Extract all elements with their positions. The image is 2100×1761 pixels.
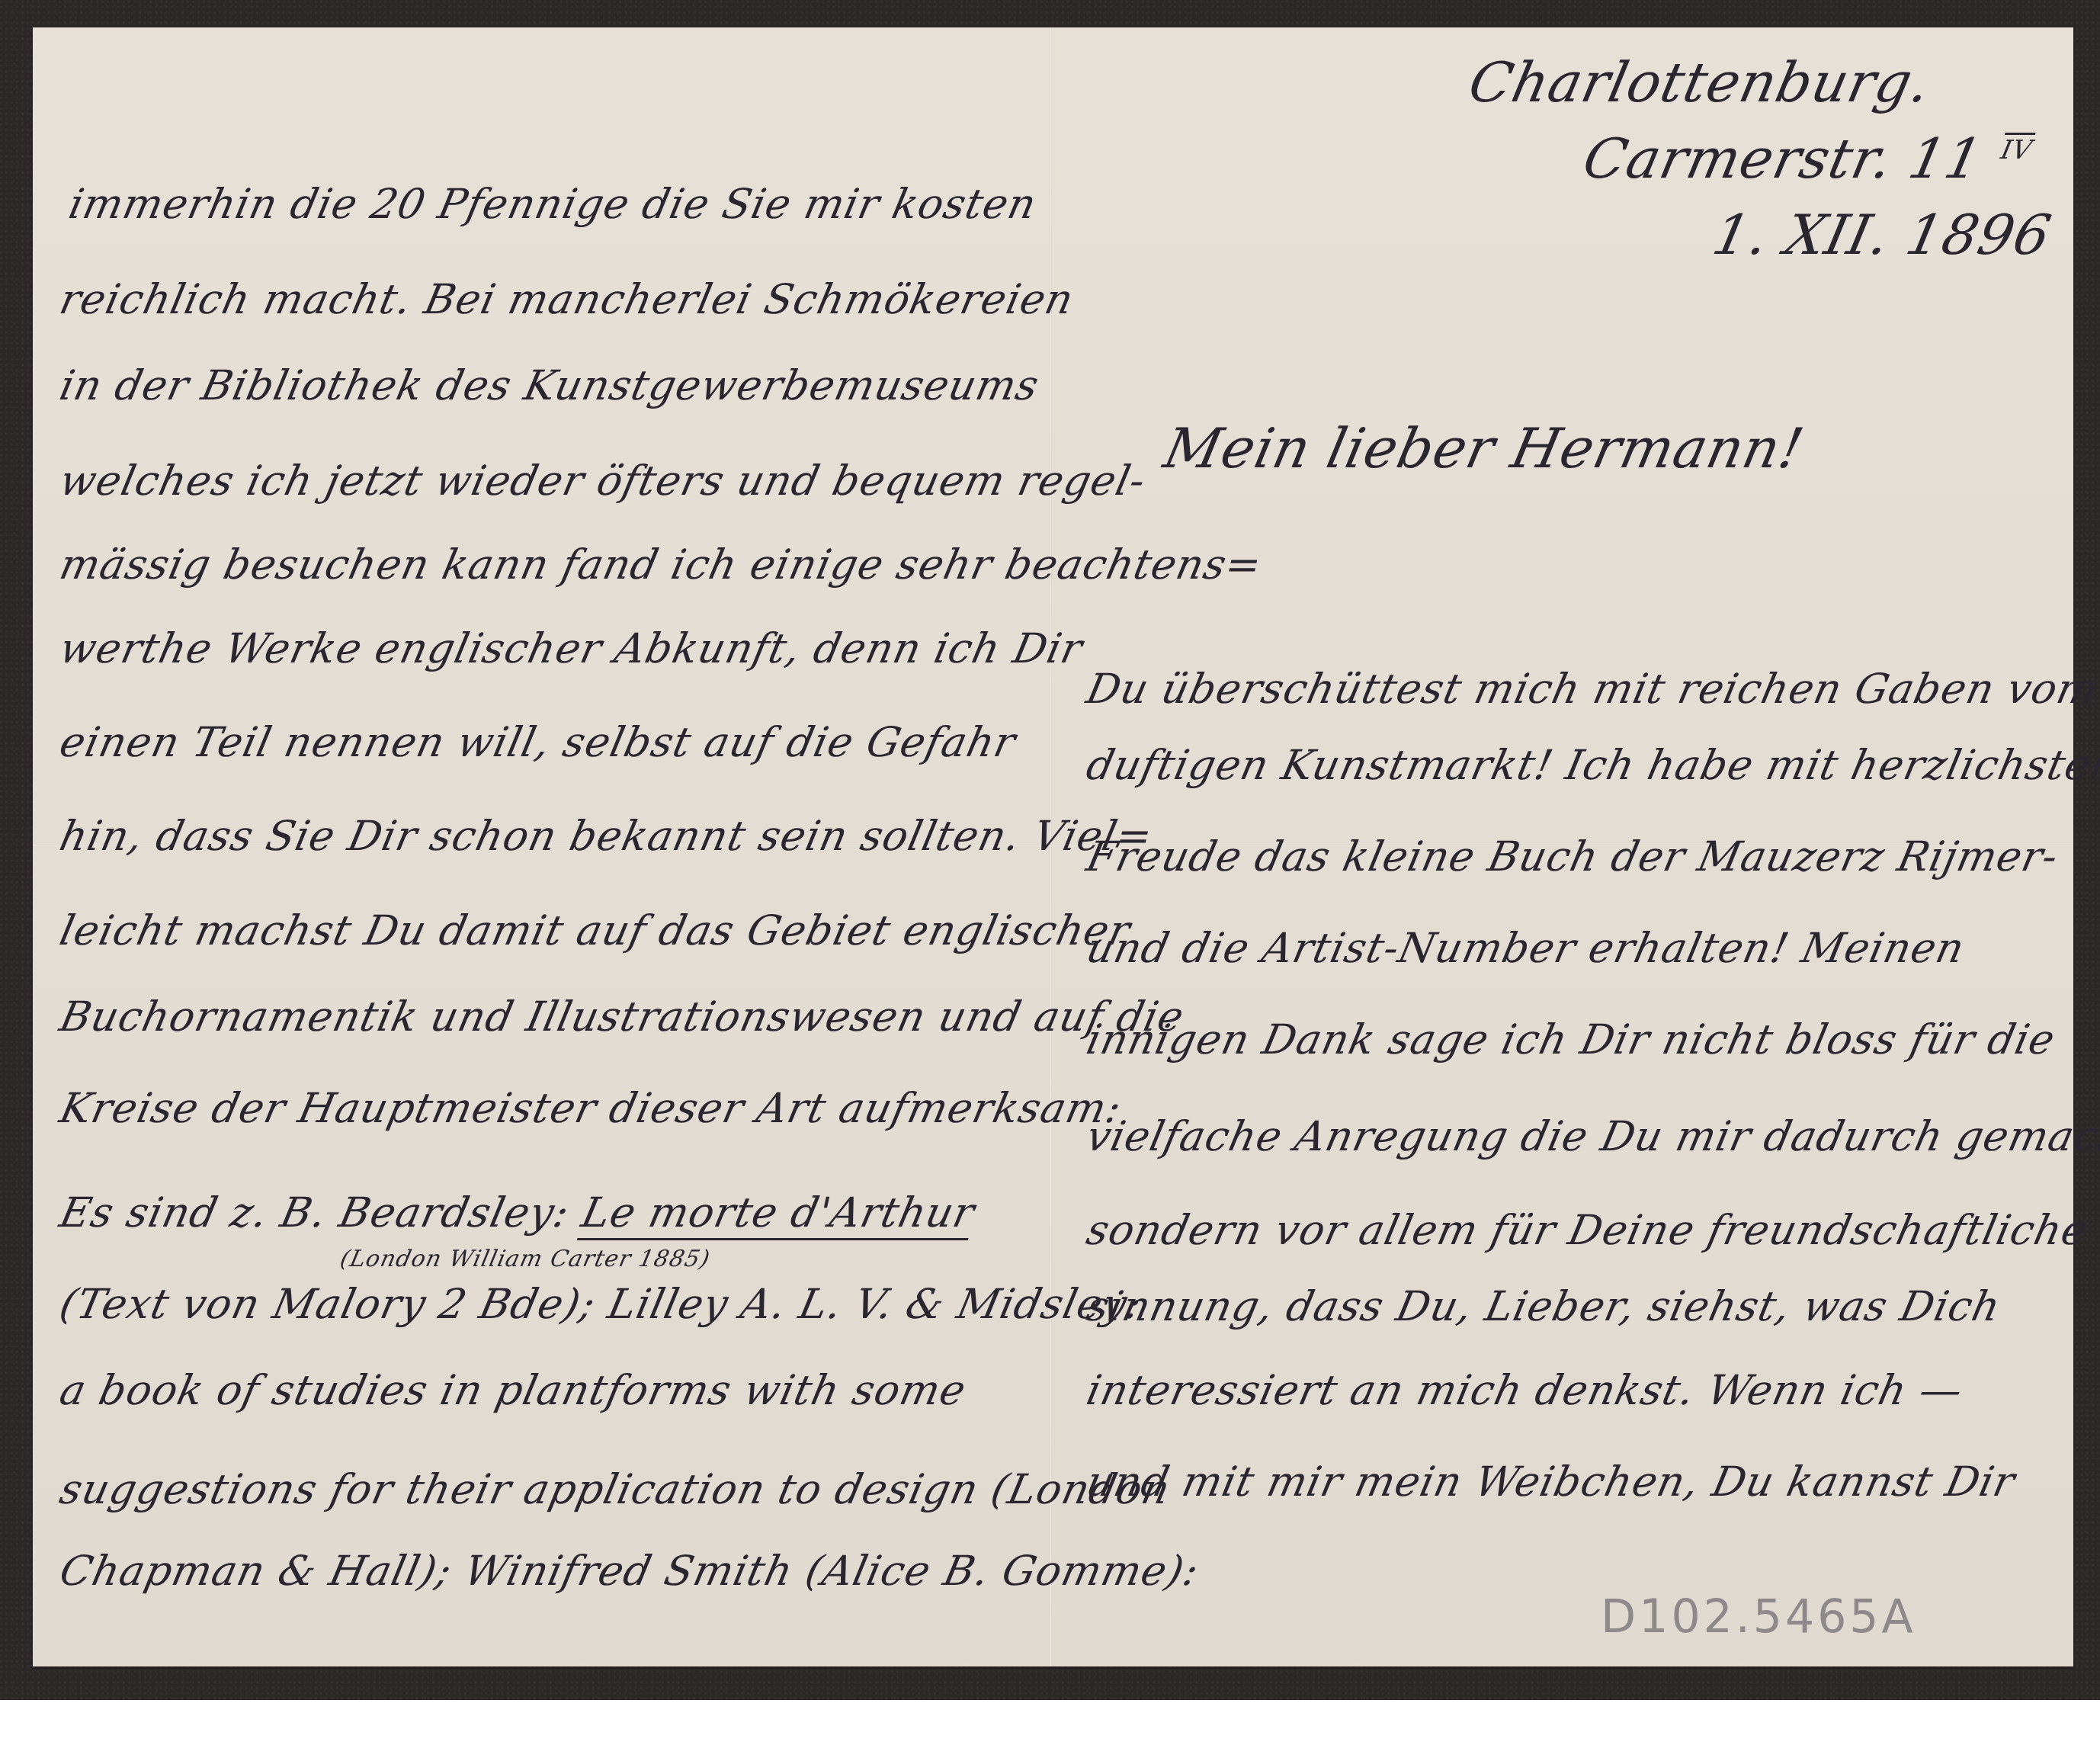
- text-line: (Text von Malory 2 Bde); Lilley A. L. V.…: [56, 1280, 1146, 1328]
- text-line: immerhin die 20 Pfennige die Sie mir kos…: [65, 180, 1041, 228]
- letter-salutation: Mein lieber Hermann!: [1159, 416, 1810, 480]
- letter-sheet: immerhin die 20 Pfennige die Sie mir kos…: [33, 27, 2073, 1666]
- text-line: Kreise der Hauptmeister dieser Art aufme…: [56, 1084, 1126, 1132]
- text-line: leicht machst Du damit auf das Gebiet en…: [56, 906, 1135, 954]
- letter-date: 1. XII. 1896: [1707, 203, 2057, 267]
- text-line: sondern vor allem für Deine freundschaft…: [1082, 1206, 2100, 1254]
- address-floor: IV: [1998, 135, 2034, 165]
- text-line: Chapman & Hall); Winifred Smith (Alice B…: [56, 1547, 1204, 1595]
- text-line: interessiert an mich denkst. Wenn ich —: [1082, 1366, 1967, 1414]
- archive-number-pencil: D102.5465A: [1601, 1590, 1916, 1644]
- text-line: und die Artist-Number erhalten! Meinen: [1082, 924, 1969, 972]
- right-page: Charlottenburg. Carmerstr. 11 IV 1. XII.…: [1052, 27, 2073, 1666]
- beardsley-title: Le morte d'Arthur: [577, 1188, 979, 1240]
- text-line: Du überschüttest mich mit reichen Gaben …: [1082, 665, 2100, 713]
- text-line: hin, dass Sie Dir schon bekannt sein sol…: [56, 812, 1157, 860]
- text-line: Freude das kleine Buch der Mauzerz Rijme…: [1082, 832, 2063, 880]
- letter-address: Carmerstr. 11 IV: [1578, 127, 2037, 191]
- text-line: Buchornamentik und Illustrationswesen un…: [56, 993, 1188, 1041]
- text-line: a book of studies in plantforms with som…: [56, 1366, 970, 1414]
- text-line: in der Bibliothek des Kunstgewerbemuseum…: [56, 361, 1044, 409]
- address-street: Carmerstr. 11: [1578, 127, 1988, 191]
- beardsley-prefix: Es sind z. B. Beardsley:: [56, 1188, 588, 1237]
- text-line: werthe Werke englischer Abkunft, denn ic…: [56, 624, 1087, 672]
- text-line: welches ich jetzt wieder öfters und bequ…: [56, 457, 1150, 505]
- text-line-beardsley: Es sind z. B. Beardsley: Le morte d'Arth…: [56, 1188, 979, 1237]
- text-line: und mit mir mein Weibchen, Du kannst Dir: [1082, 1458, 2020, 1506]
- text-line: reichlich macht. Bei mancherlei Schmöker…: [56, 275, 1079, 323]
- text-line: duftigen Kunstmarkt! Ich habe mit herzli…: [1082, 741, 2100, 789]
- text-line: einen Teil nennen will, selbst auf die G…: [56, 718, 1020, 766]
- interlinear-note: (London William Carter 1885): [338, 1246, 713, 1272]
- text-line: sinnung, dass Du, Lieber, siehst, was Di…: [1082, 1282, 2005, 1330]
- text-line: innigen Dank sage ich Dir nicht bloss fü…: [1082, 1015, 2060, 1063]
- text-line: vielfache Anregung die Du mir dadurch ge…: [1082, 1112, 2100, 1160]
- left-page: immerhin die 20 Pfennige die Sie mir kos…: [33, 27, 1050, 1666]
- text-line: suggestions for their application to des…: [56, 1465, 1175, 1513]
- letter-place: Charlottenburg.: [1464, 50, 1937, 114]
